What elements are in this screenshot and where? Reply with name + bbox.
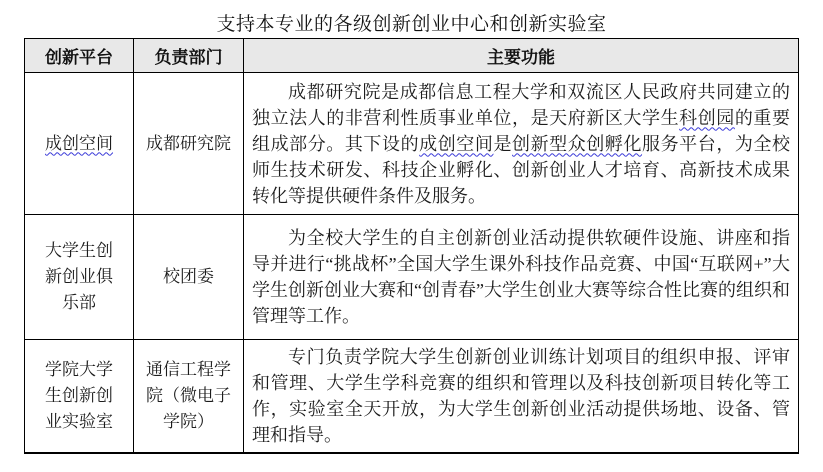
spellcheck-underline: 创新型众创孵化 [512, 134, 642, 154]
description-cell: 专门负责学院大学生创新创业训练计划项目的组织申报、评审和管理、大学生学科竞赛的组… [244, 340, 799, 453]
text-segment: 大学生创 新创业俱 乐部 [45, 241, 113, 312]
spellcheck-underline: 科创园 [679, 108, 735, 128]
innovation-platform-table: 创新平台 负责部门 主要功能 成创空间 成都研究院 成都研究院是成都信息工程大学… [24, 38, 799, 454]
header-cell-main-function: 主要功能 [244, 39, 799, 73]
department-cell: 校团委 [134, 215, 244, 340]
platform-cell: 大学生创 新创业俱 乐部 [25, 215, 134, 340]
text-segment: 校团委 [163, 267, 214, 286]
table-row: 学院大学 生创新创 业实验室 通信工程学 院（微电子 学院） 专门负责学院大学生… [25, 340, 799, 453]
spellcheck-underline: 成创空间 [45, 134, 113, 153]
description-cell: 成都研究院是成都信息工程大学和双流区人民政府共同建立的独立法人的非营利性质事业单… [244, 73, 799, 215]
text-segment: 通信工程学 院（微电子 学院） [146, 360, 231, 431]
table-row: 成创空间 成都研究院 成都研究院是成都信息工程大学和双流区人民政府共同建立的独立… [25, 73, 799, 215]
department-cell: 成都研究院 [134, 73, 244, 215]
page-title: 支持本专业的各级创新创业中心和创新实验室 [0, 0, 823, 38]
table-row: 大学生创 新创业俱 乐部 校团委 为全校大学生的自主创新创业活动提供软硬件设施、… [25, 215, 799, 340]
header-cell-department: 负责部门 [134, 39, 244, 73]
description-cell: 为全校大学生的自主创新创业活动提供软硬件设施、讲座和指导并进行“挑战杯”全国大学… [244, 215, 799, 340]
platform-cell: 学院大学 生创新创 业实验室 [25, 340, 134, 453]
table-header-row: 创新平台 负责部门 主要功能 [25, 39, 799, 73]
text-segment: 专门负责学院大学生创新创业训练计划项目的组织申报、评审和管理、大学生学科竞赛的组… [252, 347, 790, 445]
spellcheck-underline: 成创空间 [419, 134, 493, 154]
text-segment: 成都研究院 [146, 134, 231, 153]
header-cell-platform: 创新平台 [25, 39, 134, 73]
platform-cell: 成创空间 [25, 73, 134, 215]
text-segment: 学院大学 生创新创 业实验室 [45, 360, 113, 431]
text-segment: 为全校大学生的自主创新创业活动提供软硬件设施、讲座和指导并进行“挑战杯”全国大学… [252, 228, 790, 326]
department-cell: 通信工程学 院（微电子 学院） [134, 340, 244, 453]
text-segment: 是 [493, 134, 512, 154]
